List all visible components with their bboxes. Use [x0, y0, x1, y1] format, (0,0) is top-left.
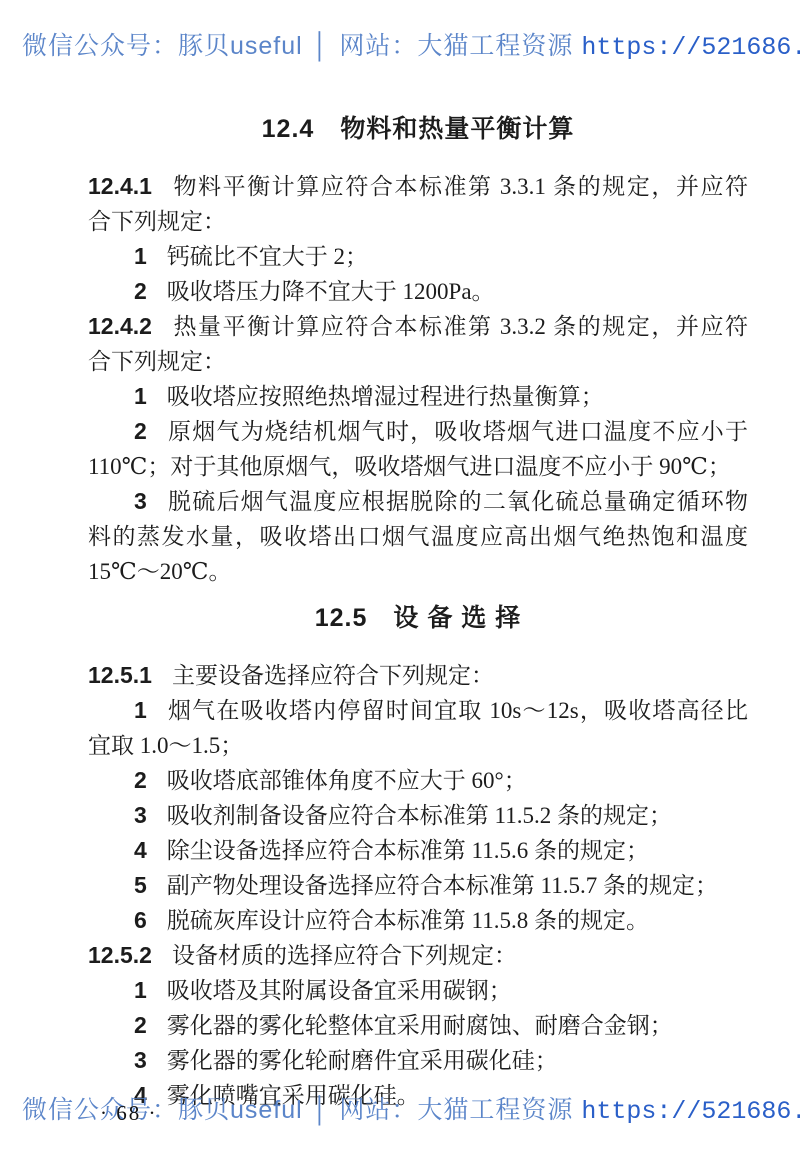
clause-number: 12.5.1	[88, 662, 152, 688]
text-line: 合下列规定：	[88, 344, 748, 379]
line-text: 原烟气为烧结机烟气时，吸收塔烟气进口温度不应小于	[167, 419, 748, 444]
text-line: 4除尘设备选择应符合本标准第 11.5.6 条的规定；	[88, 833, 748, 868]
line-text: 吸收塔底部锥体角度不应大于 60°；	[167, 768, 527, 793]
line-text: 除尘设备选择应符合本标准第 11.5.6 条的规定；	[167, 838, 649, 863]
clause-number: 12.4.2	[88, 313, 152, 339]
text-line: 12.4.2热量平衡计算应符合本标准第 3.3.2 条的规定，并应符	[88, 309, 748, 344]
clause-number: 1	[134, 977, 147, 1003]
wechat-account-label: 微信公众号：豚贝useful	[22, 32, 303, 60]
line-text: 脱硫灰库设计应符合本标准第 11.5.8 条的规定。	[167, 908, 649, 933]
text-line: 3雾化器的雾化轮耐磨件宜采用碳化硅；	[88, 1043, 748, 1078]
section-heading: 12.5 设 备 选 择	[88, 601, 748, 636]
text-line: 6脱硫灰库设计应符合本标准第 11.5.8 条的规定。	[88, 903, 748, 938]
text-line: 5副产物处理设备选择应符合本标准第 11.5.7 条的规定；	[88, 868, 748, 903]
top-banner: 微信公众号：豚贝useful│网站：大猫工程资源 https://521686.…	[22, 26, 782, 62]
clause-number: 12.5.2	[88, 942, 152, 968]
text-line: 15℃～20℃。	[88, 554, 748, 589]
text-line: 2吸收塔底部锥体角度不应大于 60°；	[88, 763, 748, 798]
section-heading: 12.4 物料和热量平衡计算	[88, 112, 748, 147]
clause-number: 3	[134, 488, 147, 514]
clause-number: 4	[134, 837, 147, 863]
text-line: 2雾化器的雾化轮整体宜采用耐腐蚀、耐磨合金钢；	[88, 1008, 748, 1043]
text-line: 110℃；对于其他原烟气，吸收塔烟气进口温度不应小于 90℃；	[88, 449, 748, 484]
line-text: 主要设备选择应符合下列规定：	[172, 663, 494, 688]
clause-number: 1	[134, 697, 147, 723]
text-line: 1吸收塔及其附属设备宜采用碳钢；	[88, 973, 748, 1008]
text-line: 1钙硫比不宜大于 2；	[88, 239, 748, 274]
text-line: 料的蒸发水量，吸收塔出口烟气温度应高出烟气绝热饱和温度	[88, 519, 748, 554]
line-text: 雾化器的雾化轮整体宜采用耐腐蚀、耐磨合金钢；	[167, 1013, 673, 1038]
banner-separator: │	[303, 1096, 340, 1124]
line-text: 副产物处理设备选择应符合本标准第 11.5.7 条的规定；	[167, 873, 718, 898]
website-label: 网站：大猫工程资源	[339, 1096, 573, 1124]
website-label: 网站：大猫工程资源	[339, 32, 573, 60]
line-text: 热量平衡计算应符合本标准第 3.3.2 条的规定，并应符	[172, 314, 748, 339]
text-line: 3脱硫后烟气温度应根据脱除的二氧化硫总量确定循环物	[88, 484, 748, 519]
clause-number: 2	[134, 418, 147, 444]
text-line: 合下列规定：	[88, 204, 748, 239]
clause-number: 5	[134, 872, 147, 898]
text-line: 2吸收塔压力降不宜大于 1200Pa。	[88, 274, 748, 309]
text-line: 12.4.1物料平衡计算应符合本标准第 3.3.1 条的规定，并应符	[88, 169, 748, 204]
line-text: 吸收塔应按照绝热增湿过程进行热量衡算；	[167, 384, 604, 409]
clause-number: 1	[134, 243, 147, 269]
line-text: 脱硫后烟气温度应根据脱除的二氧化硫总量确定循环物	[167, 489, 748, 514]
clause-number: 1	[134, 383, 147, 409]
line-text: 吸收塔压力降不宜大于 1200Pa。	[167, 279, 495, 304]
clause-number: 3	[134, 1047, 147, 1073]
line-text: 吸收塔及其附属设备宜采用碳钢；	[167, 978, 512, 1003]
line-text: 吸收剂制备设备应符合本标准第 11.5.2 条的规定；	[167, 803, 672, 828]
banner-separator: │	[303, 32, 340, 60]
line-text: 雾化器的雾化轮耐磨件宜采用碳化硅；	[167, 1048, 558, 1073]
text-line: 1吸收塔应按照绝热增湿过程进行热量衡算；	[88, 379, 748, 414]
document-body: 12.4 物料和热量平衡计算12.4.1物料平衡计算应符合本标准第 3.3.1 …	[88, 100, 748, 1113]
clause-number: 12.4.1	[88, 173, 152, 199]
text-line: 1烟气在吸收塔内停留时间宜取 10s～12s，吸收塔高径比	[88, 693, 748, 728]
page-number: · 68 ·	[100, 1101, 158, 1126]
text-line: 3吸收剂制备设备应符合本标准第 11.5.2 条的规定；	[88, 798, 748, 833]
text-line: 宜取 1.0～1.5；	[88, 728, 748, 763]
line-text: 设备材质的选择应符合下列规定：	[172, 943, 517, 968]
clause-number: 2	[134, 767, 147, 793]
line-text: 钙硫比不宜大于 2；	[167, 244, 368, 269]
wechat-account-label: 微信公众号：豚贝useful	[22, 1096, 303, 1124]
text-line: 2原烟气为烧结机烟气时，吸收塔烟气进口温度不应小于	[88, 414, 748, 449]
clause-number: 6	[134, 907, 147, 933]
clause-number: 3	[134, 802, 147, 828]
line-text: 物料平衡计算应符合本标准第 3.3.1 条的规定，并应符	[172, 174, 748, 199]
text-line: 12.5.2设备材质的选择应符合下列规定：	[88, 938, 748, 973]
website-url-link[interactable]: https://521686.xyz/	[581, 33, 800, 62]
clause-number: 2	[134, 278, 147, 304]
line-text: 烟气在吸收塔内停留时间宜取 10s～12s，吸收塔高径比	[167, 698, 748, 723]
website-url-link[interactable]: https://521686.xyz/	[581, 1097, 800, 1126]
clause-number: 2	[134, 1012, 147, 1038]
text-line: 12.5.1主要设备选择应符合下列规定：	[88, 658, 748, 693]
